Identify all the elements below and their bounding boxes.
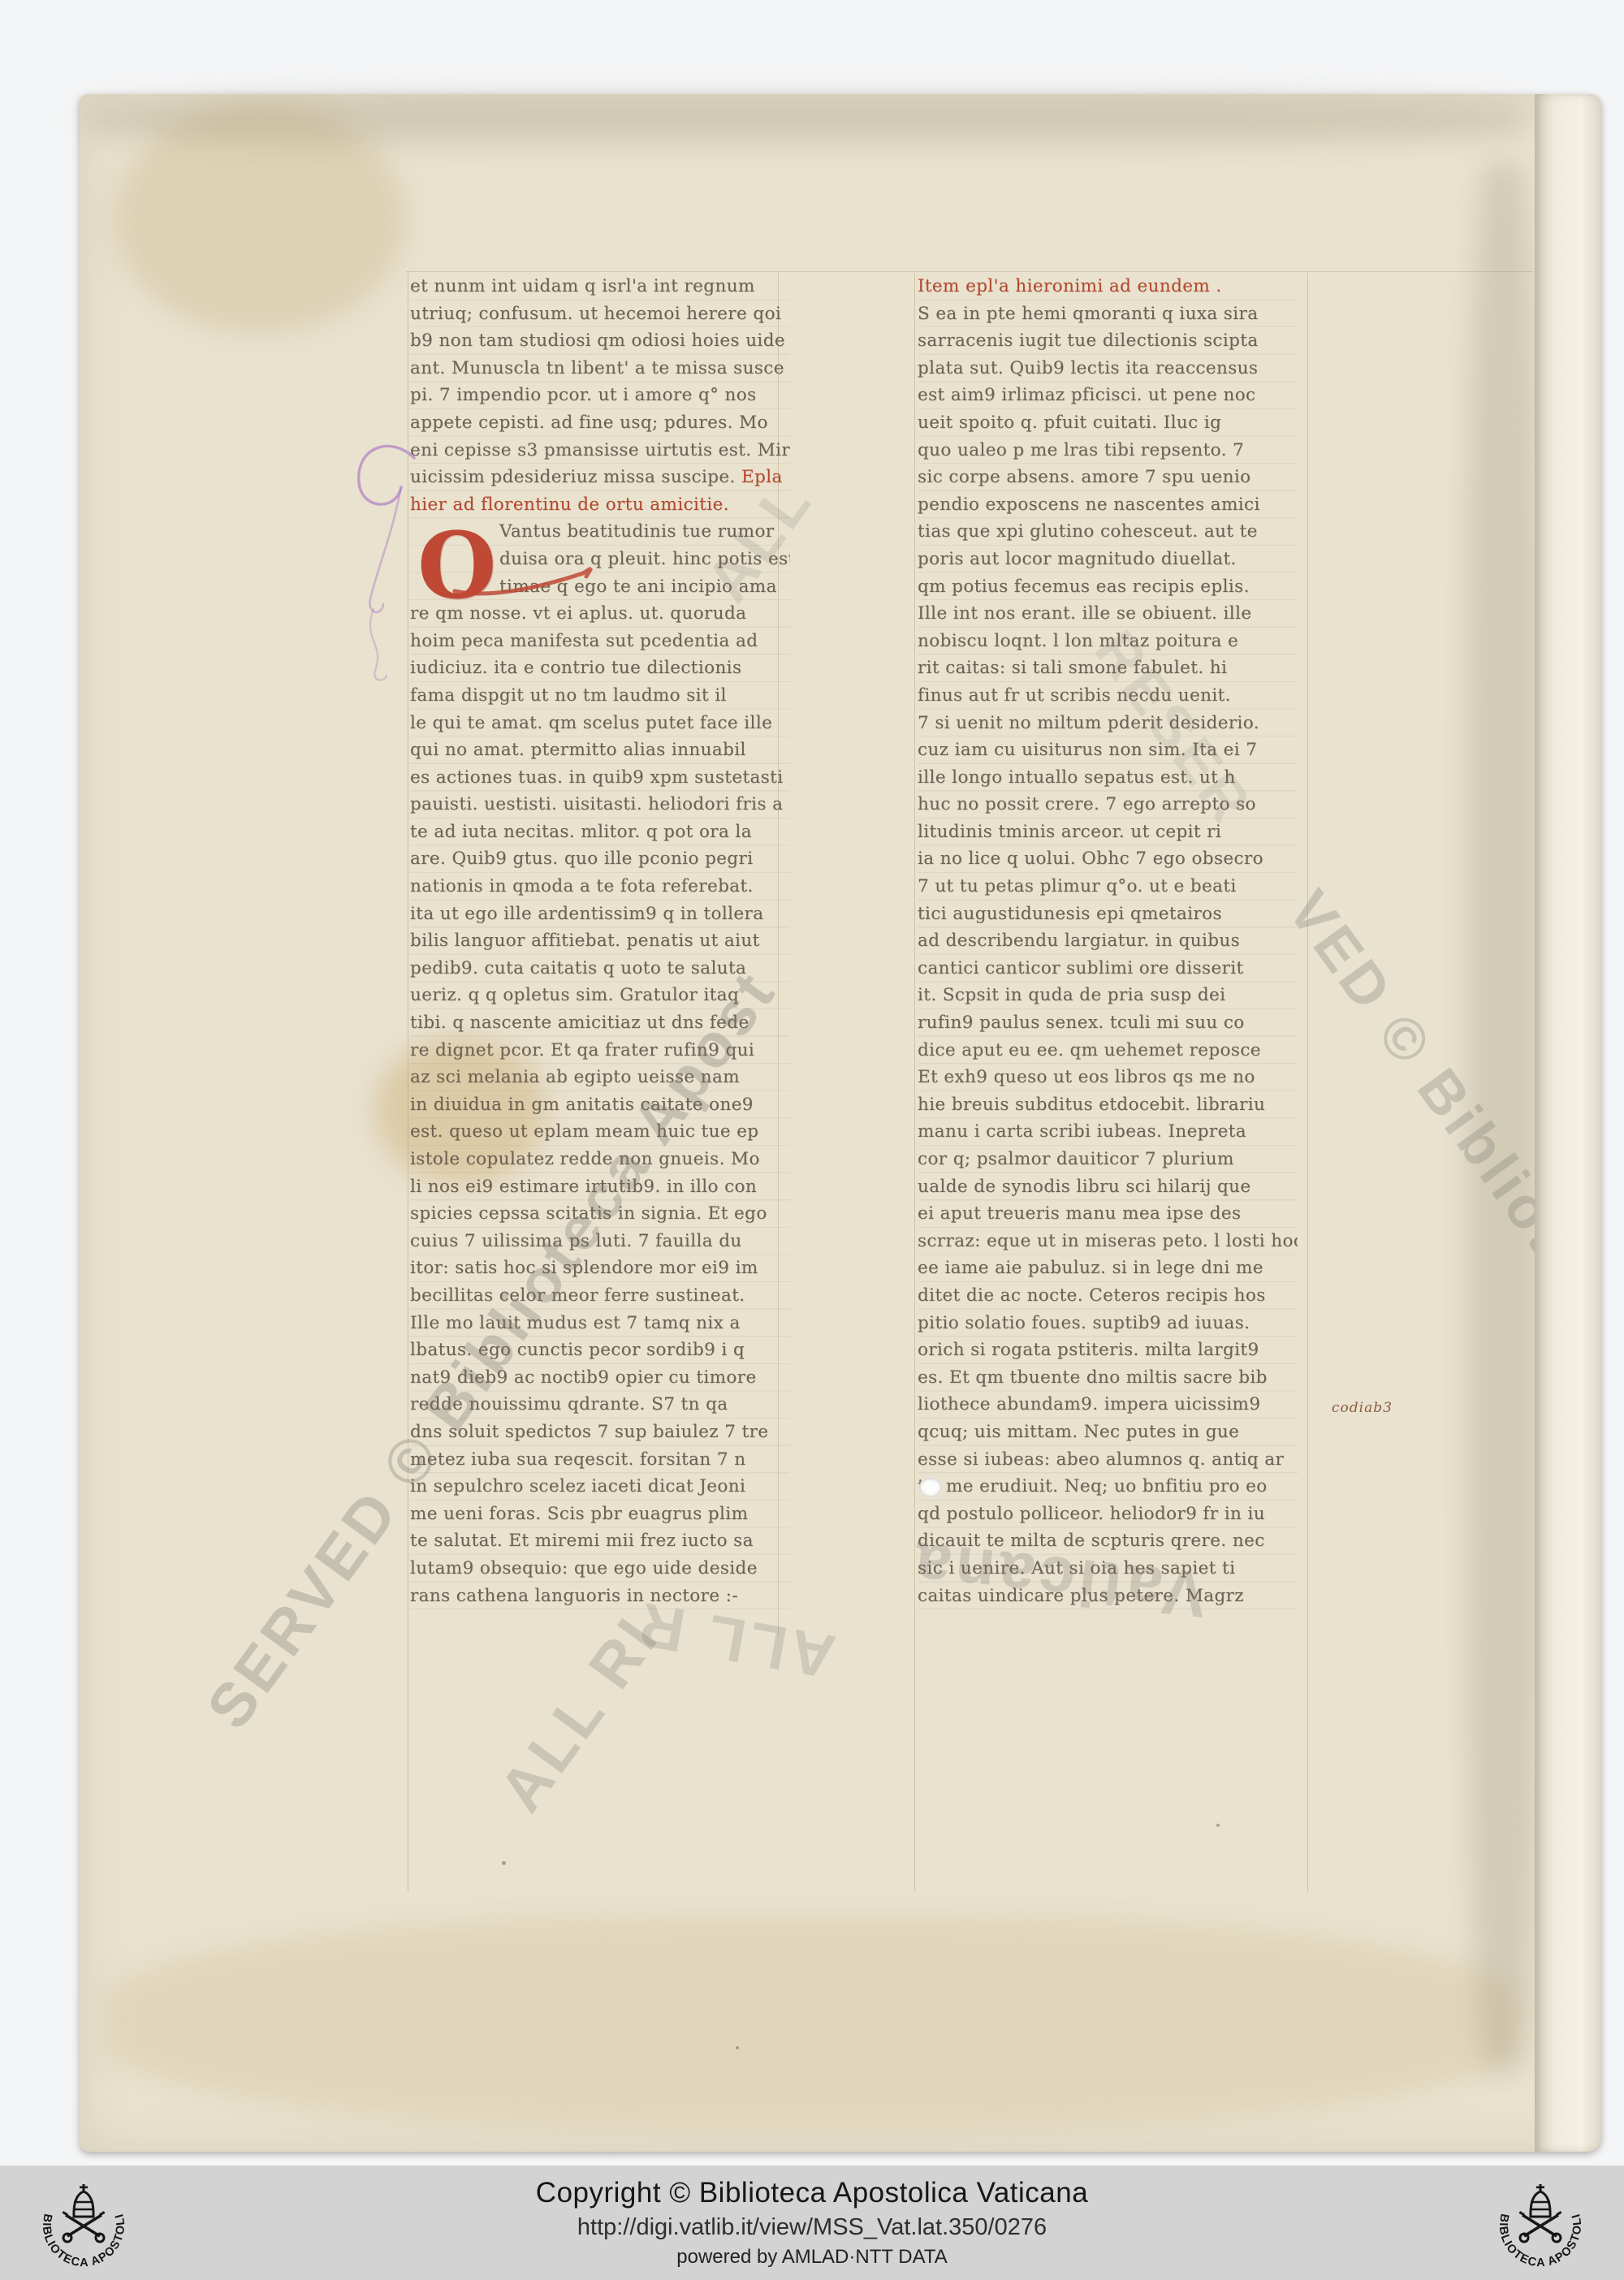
footer-copyright: Copyright © Biblioteca Apostolica Vatica…	[536, 2177, 1088, 2209]
manuscript-line: Et exh9 queso ut eos libros qs me no	[918, 1064, 1298, 1091]
manuscript-line: sarracenis iugit tue dilectionis scipta	[918, 327, 1298, 355]
manuscript-line: uicissim pdesideriuz missa suscipe. Epla	[410, 464, 790, 491]
manuscript-line: liothece abundam9. impera uicissim9	[918, 1391, 1298, 1419]
logo-ring-text: BIBLIOTECA APOSTOLICA VATICANA	[32, 2174, 127, 2269]
manuscript-line: lbatus. ego cunctis pecor sordib9 i q	[410, 1336, 790, 1364]
manuscript-line: in sepulchro scelez iaceti dicat Jeoni	[410, 1473, 790, 1501]
manuscript-line: rit caitas: si tali smone fabulet. hi	[918, 654, 1298, 682]
manuscript-line: le qui te amat. qm scelus putet face ill…	[410, 710, 790, 737]
manuscript-line: Ille mo lauit mudus est 7 tamq nix a	[410, 1310, 790, 1337]
manuscript-line: ille longo intuallo sepatus est. ut h	[918, 764, 1298, 792]
manuscript-line: it. Scpsit in quda de pria susp dei	[918, 982, 1298, 1009]
manuscript-line: est. queso ut eplam meam huic tue ep	[410, 1118, 790, 1146]
papal-tiara-keys-emblem	[1519, 2184, 1562, 2242]
manuscript-line: pendio exposcens ne nascentes amici	[918, 491, 1298, 519]
manuscript-line: quo ualeo p me lras tibi repsento. 7	[918, 437, 1298, 464]
manuscript-line: te ad iuta necitas. mlitor. q pot ora la	[410, 818, 790, 846]
manuscript-line: appete cepisti. ad fine usq; pdures. Mo	[410, 409, 790, 437]
manuscript-line: pi. 7 impendio pcor. ut i amore q° nos	[410, 382, 790, 409]
manuscript-line: pauisti. uestisti. uisitasti. heliodori …	[410, 791, 790, 818]
purple-scribble	[335, 440, 448, 692]
footer-powered-by: powered by AMLAD·NTT DATA	[676, 2246, 947, 2269]
manuscript-line: dicauit te milta de scpturis qrere. nec	[918, 1527, 1298, 1555]
manuscript-line: nobiscu loqnt. l lon mltaz poitura e	[918, 628, 1298, 655]
manuscript-line: plata sut. Quib9 lectis ita reaccensus	[918, 355, 1298, 382]
manuscript-line: in diuidua in gm anitatis caitate one9	[410, 1091, 790, 1119]
manuscript-line: nationis in qmoda a te fota referebat.	[410, 873, 790, 900]
vatican-library-logo-right: BIBLIOTECA APOSTOLICA VATICANA	[1489, 2174, 1592, 2275]
svg-text:BIBLIOTECA APOSTOLICA VATICANA: BIBLIOTECA APOSTOLICA VATICANA	[1489, 2174, 1584, 2269]
manuscript-line: qcuq; uis mittam. Nec putes in gue	[918, 1419, 1298, 1446]
manuscript-line: lutam9 obsequio: que ego uide deside	[410, 1555, 790, 1583]
manuscript-line: tici augustidunesis epi qmetairos	[918, 900, 1298, 928]
manuscript-line: fama dispgit ut no tm laudmo sit il	[410, 682, 790, 710]
manuscript-line: ueriz. q q opletus sim. Gratulor itaq	[410, 982, 790, 1009]
marginal-note: codiab3	[1332, 1400, 1393, 1416]
manuscript-line: istole copulatez redde non gnueis. Mo	[410, 1146, 790, 1173]
manuscript-line: ee iame aie pabuluz. si in lege dni me	[918, 1254, 1298, 1282]
right-column: Item epl'a hieronimi ad eundem .S ea in …	[918, 273, 1298, 1609]
logo-ring-text: BIBLIOTECA APOSTOLICA VATICANA	[1489, 2174, 1584, 2269]
manuscript-line: manu i carta scribi iubeas. Inepreta	[918, 1118, 1298, 1146]
page-fold-edge	[1535, 94, 1601, 2152]
manuscript-line: caitas uindicare plus petere. Magrz	[918, 1583, 1298, 1610]
manuscript-line: bilis languor affitiebat. penatis ut aiu…	[410, 927, 790, 955]
manuscript-line: rufin9 paulus senex. tculi mi suu co	[918, 1009, 1298, 1037]
ink-speck	[1216, 1824, 1220, 1827]
parchment-hole	[919, 1478, 942, 1497]
manuscript-line: litudinis tminis arceor. ut cepit ri	[918, 818, 1298, 846]
manuscript-line: redde nouissimu qdrante. S7 tn qa	[410, 1391, 790, 1419]
manuscript-line: ditet die ac nocte. Ceteros recipis hos	[918, 1282, 1298, 1310]
manuscript-line: utriuq; confusum. ut hecemoi herere qoi	[410, 300, 790, 328]
vatican-library-logo-left: BIBLIOTECA APOSTOLICA VATICANA	[32, 2174, 135, 2275]
manuscript-line: ad describendu largiatur. in quibus	[918, 927, 1298, 955]
manuscript-line: orich si rogata pstiteris. milta largit9	[918, 1336, 1298, 1364]
papal-tiara-keys-emblem	[63, 2184, 106, 2242]
manuscript-line: hie breuis subditus etdocebit. librariu	[918, 1091, 1298, 1119]
manuscript-line: cuz iam cu uisiturus non sim. Ita ei 7	[918, 736, 1298, 764]
scan-canvas: et nunm int uidam q isrl'a int regnumutr…	[0, 0, 1624, 2280]
manuscript-line: ualde de synodis libru sci hilarij que	[918, 1173, 1298, 1201]
manuscript-line: es. Et qm tbuente dno miltis sacre bib	[918, 1364, 1298, 1392]
manuscript-line: me ueni foras. Scis pbr euagrus plim	[410, 1501, 790, 1528]
manuscript-line: tibi. q nascente amicitiaz ut dns fede	[410, 1009, 790, 1037]
manuscript-line: rans cathena languoris in nectore :-	[410, 1583, 790, 1610]
manuscript-line: ant. Munuscla tn libent' a te missa susc…	[410, 355, 790, 382]
left-column: et nunm int uidam q isrl'a int regnumutr…	[410, 273, 790, 1609]
manuscript-line: sic corpe absens. amore 7 spu uenio	[918, 464, 1298, 491]
manuscript-line: cuius 7 uilissima ps luti. 7 fauilla du	[410, 1228, 790, 1255]
manuscript-line: 7 si uenit no miltum pderit desiderio.	[918, 710, 1298, 737]
manuscript-line: hoim peca manifesta sut pcedentia ad	[410, 628, 790, 655]
manuscript-line: qm potius fecemus eas recipis eplis.	[918, 573, 1298, 601]
manuscript-line: es actiones tuas. in quib9 xpm sustetast…	[410, 764, 790, 792]
manuscript-line: cantici canticor sublimi ore disserit	[918, 955, 1298, 982]
manuscript-line: itor: satis hoc si splendore mor ei9 im	[410, 1254, 790, 1282]
manuscript-line: ia no lice q uolui. Obhc 7 ego obsecro	[918, 845, 1298, 873]
manuscript-line: cor q; psalmor dauiticor 7 plurium	[918, 1146, 1298, 1173]
manuscript-line: az sci melania ab egipto ueisse nam	[410, 1064, 790, 1091]
ink-speck	[736, 2046, 739, 2049]
manuscript-line: et nunm int uidam q isrl'a int regnum	[410, 273, 790, 300]
manuscript-line: scrraz: eque ut in miseras peto. l losti…	[918, 1228, 1298, 1255]
ink-speck	[502, 1861, 506, 1865]
manuscript-line: Item epl'a hieronimi ad eundem .	[918, 273, 1298, 300]
manuscript-line: are. Quib9 gtus. quo ille pconio pegri	[410, 845, 790, 873]
manuscript-line: iudiciuz. ita e contrio tue dilectionis	[410, 654, 790, 682]
svg-text:BIBLIOTECA APOSTOLICA VATICANA: BIBLIOTECA APOSTOLICA VATICANA	[32, 2174, 127, 2269]
parchment-page	[80, 94, 1601, 2152]
manuscript-line: spicies cepssa scitatis in signia. Et eg…	[410, 1200, 790, 1228]
manuscript-line: esse si iubeas: abeo alumnos q. antiq ar	[918, 1446, 1298, 1474]
manuscript-line: S ea in pte hemi qmoranti q iuxa sira	[918, 300, 1298, 328]
manuscript-line: nat9 dieb9 ac noctib9 opier cu timore	[410, 1364, 790, 1392]
manuscript-line: qui no amat. ptermitto alias innuabil	[410, 736, 790, 764]
manuscript-line: becillitas celor meor ferre sustineat.	[410, 1282, 790, 1310]
manuscript-line: huc no possit crere. 7 ego arrepto so	[918, 791, 1298, 818]
manuscript-line: finus aut fr ut scribis necdu uenit.	[918, 682, 1298, 710]
manuscript-line: est aim9 irlimaz pficisci. ut pene noc	[918, 382, 1298, 409]
manuscript-line: metez iuba sua reqescit. forsitan 7 n	[410, 1446, 790, 1474]
manuscript-line: dice aput eu ee. qm uehemet reposce	[918, 1037, 1298, 1064]
manuscript-line: li nos ei9 estimare irtutib9. in illo co…	[410, 1173, 790, 1201]
red-pen-flourish	[451, 565, 598, 601]
manuscript-line: Ille int nos erant. ille se obiuent. ill…	[918, 600, 1298, 628]
manuscript-line: poris aut locor magnitudo diuellat.	[918, 546, 1298, 573]
ruling-line	[1307, 273, 1308, 1892]
manuscript-line: dns soluit spedictos 7 sup baiulez 7 tre	[410, 1419, 790, 1446]
manuscript-line: ei aput treueris manu mea ipse des	[918, 1200, 1298, 1228]
manuscript-line: pitio solatio foues. suptib9 ad iuuas.	[918, 1310, 1298, 1337]
manuscript-line: 7 ut tu petas plimur q°o. ut e beati	[918, 873, 1298, 900]
manuscript-line: tis me erudiuit. Neq; uo bnfitiu pro eo	[918, 1473, 1298, 1501]
manuscript-line: re dignet pcor. Et qa frater rufin9 qui	[410, 1037, 790, 1064]
manuscript-line: b9 non tam studiosi qm odiosi hoies uide	[410, 327, 790, 355]
manuscript-line: eni cepisse s3 pmansisse uirtutis est. M…	[410, 437, 790, 464]
manuscript-line: pedib9. cuta caitatis q uoto te saluta	[410, 955, 790, 982]
manuscript-line: te salutat. Et miremi mii frez iucto sa	[410, 1527, 790, 1555]
ruling-line-top	[406, 271, 1533, 272]
manuscript-line: qd postulo polliceor. heliodor9 fr in iu	[918, 1501, 1298, 1528]
ruling-line	[914, 273, 915, 1892]
manuscript-line: ueit spoito q. pfuit cuitati. Iluc ig	[918, 409, 1298, 437]
manuscript-line: ita ut ego ille ardentissim9 q in toller…	[410, 900, 790, 928]
manuscript-line: sic i uenire. Aut si oia hes sapiet ti	[918, 1555, 1298, 1583]
manuscript-line: tias que xpi glutino cohesceut. aut te	[918, 518, 1298, 546]
footer-bar: Copyright © Biblioteca Apostolica Vatica…	[0, 2166, 1624, 2280]
footer-url: http://digi.vatlib.it/view/MSS_Vat.lat.3…	[577, 2214, 1047, 2241]
